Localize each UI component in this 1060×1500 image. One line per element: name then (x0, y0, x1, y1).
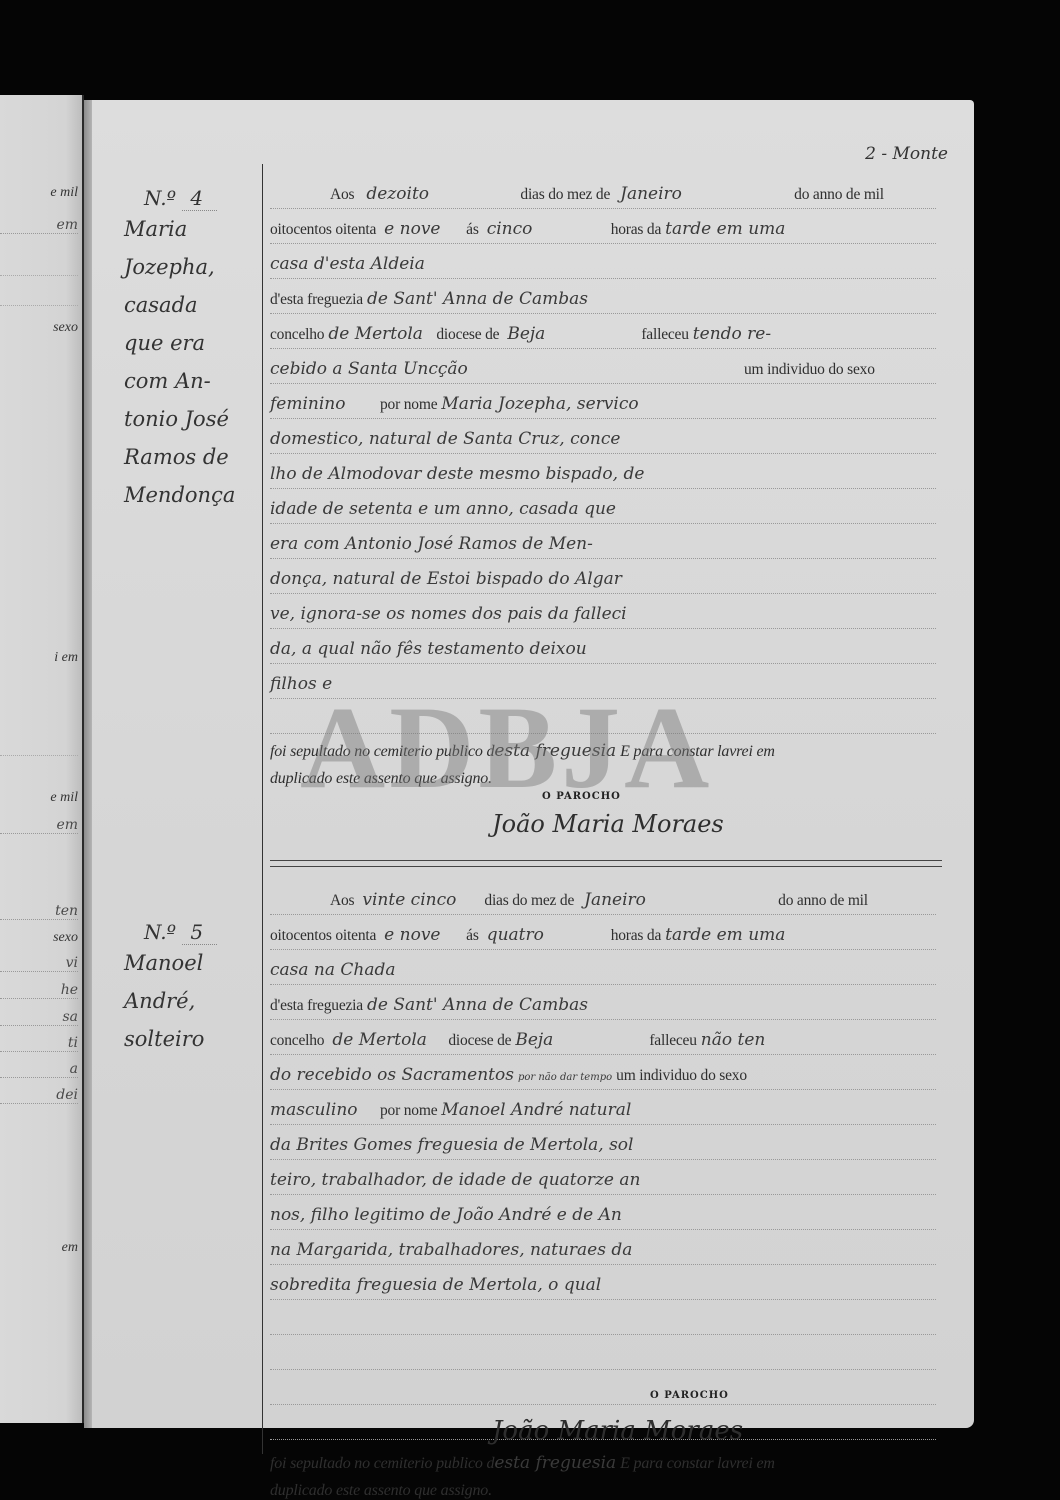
printed-text: d'esta freguezia (270, 997, 363, 1014)
entry-separator-rule (270, 860, 942, 867)
printed-text: do anno de mil (778, 892, 868, 909)
dotted-rule (0, 275, 78, 276)
handwritten-burial-place: esta freguesia (494, 1453, 616, 1473)
printed-text: concelho (270, 326, 324, 343)
printed-text: um individuo do sexo (616, 1067, 747, 1084)
printed-text: foi sepultado no cemiterio publico d (270, 1455, 494, 1472)
record-line (270, 1370, 936, 1405)
record-line: ve, ignora-se os nomes dos pais da falle… (270, 594, 936, 629)
handwritten-text: tendo re- (693, 324, 771, 344)
record-line: Aos vinte cinco dias do mez de Janeiro d… (270, 880, 936, 915)
printed-text: concelho (270, 1032, 324, 1049)
printed-text: diocese de (448, 1032, 511, 1049)
margin-note-line: Mendonça (112, 476, 262, 514)
record-line: filhos e (270, 664, 936, 699)
handwritten-month: Janeiro (614, 174, 790, 214)
entry-closing-text: foi sepultado no cemiterio publico desta… (270, 1448, 936, 1500)
handwritten-text: donça, natural de Estoi bispado do Algar (270, 569, 622, 589)
left-page-fragment: e mil (0, 790, 78, 806)
left-page-fragment: em (0, 217, 78, 234)
left-page-fragment: ti (0, 1035, 78, 1052)
record-line: masculino por nome Manoel André natural (270, 1090, 936, 1125)
record-line: era com Antonio José Ramos de Men- (270, 524, 936, 559)
printed-text: do anno de mil (794, 186, 884, 203)
margin-note-line: Ramos de (112, 438, 262, 476)
entry-number: N.º 5 (144, 920, 262, 944)
left-page-fragment: sexo (0, 930, 78, 946)
register-page: 2 - Monte N.º 4 Maria Jozepha, casada qu… (92, 100, 974, 1428)
printed-text: um individuo do sexo (744, 361, 875, 378)
handwritten-text: do recebido os Sacramentos (270, 1065, 514, 1085)
entry-margin-note: N.º 4 Maria Jozepha, casada que era com … (112, 186, 262, 514)
entry-number-label: N.º (144, 920, 176, 944)
handwritten-parish: de Sant' Anna de Cambas (367, 289, 588, 309)
handwritten-diocese: Beja (503, 314, 637, 354)
parish-priest-signature: João Maria Moraes (492, 810, 724, 838)
record-line (270, 1335, 936, 1370)
left-page-fragment: dei (0, 1087, 78, 1104)
dotted-rule (0, 755, 78, 756)
record-line: donça, natural de Estoi bispado do Algar (270, 559, 936, 594)
entry-number-value: 4 (182, 186, 217, 211)
printed-text: ás (466, 221, 479, 238)
printed-text: horas da (611, 927, 661, 944)
record-line: concelho de Mertola diocese de Beja fall… (270, 314, 936, 349)
entry-closing-text: foi sepultado no cemiterio publico desta… (270, 736, 936, 792)
closing-line: foi sepultado no cemiterio publico desta… (270, 1448, 936, 1478)
handwritten-text: filhos e (270, 674, 332, 694)
handwritten-day: vinte cinco (358, 880, 480, 920)
margin-note-line: Manoel (112, 944, 262, 982)
record-line: casa na Chada (270, 950, 936, 985)
margin-note-line: tonio José (112, 400, 262, 438)
handwritten-place: casa na Chada (270, 960, 396, 980)
printed-text: duplicado este assento que assigno. (270, 770, 492, 787)
handwritten-hour: cinco (483, 209, 607, 249)
record-line: oitocentos oitenta e nove ás cinco horas… (270, 209, 936, 244)
record-line: na Margarida, trabalhadores, naturaes da (270, 1230, 936, 1265)
record-line: d'esta freguezia de Sant' Anna de Cambas (270, 279, 936, 314)
entry-number: N.º 4 (144, 186, 262, 210)
record-line: Aos dezoito dias do mez de Janeiro do an… (270, 174, 936, 209)
handwritten-text: da, a qual não fês testamento deixou (270, 639, 587, 659)
handwritten-burial-place: esta freguesia (494, 741, 616, 761)
handwritten-hour: quatro (483, 915, 607, 955)
record-line: oitocentos oitenta e nove ás quatro hora… (270, 915, 936, 950)
left-page-fragment: vi (0, 955, 78, 972)
printed-text: oitocentos oitenta (270, 221, 376, 238)
printed-text: Aos (330, 186, 354, 203)
left-facing-page: e mil em sexo i em e mil em ten sexo vi … (0, 95, 84, 1423)
handwritten-year: e nove (380, 209, 462, 249)
record-line: concelho de Mertola diocese de Beja fall… (270, 1020, 936, 1055)
margin-note-line: com An- (112, 362, 262, 400)
handwritten-text: lho de Almodovar deste mesmo bispado, de (270, 464, 644, 484)
printed-text: falleceu (649, 1032, 696, 1049)
handwritten-year: e nove (380, 915, 462, 955)
record-line: teiro, trabalhador, de idade de quatorze… (270, 1160, 936, 1195)
left-page-fragment: em (0, 817, 78, 834)
dotted-rule (0, 305, 78, 306)
margin-line (262, 164, 263, 1454)
entry-number-value: 5 (182, 920, 217, 945)
parish-priest-signature: João Maria Moraes (492, 1416, 743, 1446)
margin-note-line: Jozepha, (112, 248, 262, 286)
left-page-fragment: he (0, 982, 78, 999)
entry-body: Aos dezoito dias do mez de Janeiro do an… (270, 174, 936, 792)
margin-note-line: André, (112, 982, 262, 1020)
record-line (270, 699, 936, 734)
handwritten-text: domestico, natural de Santa Cruz, conce (270, 429, 620, 449)
record-line: domestico, natural de Santa Cruz, conce (270, 419, 936, 454)
printed-text: diocese de (436, 326, 499, 343)
printed-text: E para constar lavrei em (620, 1455, 775, 1472)
left-page-fragment: i em (0, 650, 78, 666)
record-line: lho de Almodovar deste mesmo bispado, de (270, 454, 936, 489)
handwritten-text: idade de setenta e um anno, casada que (270, 499, 616, 519)
left-page-fragment: sa (0, 1009, 78, 1026)
handwritten-text: da Brites Gomes freguesia de Mertola, so… (270, 1135, 633, 1155)
printed-text: Aos (330, 892, 354, 909)
left-page-fragment: sexo (0, 320, 78, 336)
entry-body: Aos vinte cinco dias do mez de Janeiro d… (270, 880, 936, 1500)
handwritten-parish: de Sant' Anna de Cambas (367, 995, 588, 1015)
handwritten-day: dezoito (358, 174, 516, 214)
record-line: idade de setenta e um anno, casada que (270, 489, 936, 524)
handwritten-month: Janeiro (578, 880, 774, 920)
printed-text: E para constar lavrei em (620, 743, 775, 760)
handwritten-municipality: de Mertola (328, 314, 432, 354)
printed-text: dias do mez de (484, 892, 574, 909)
handwritten-name: Maria Jozepha, servico (441, 394, 638, 414)
record-line: da Brites Gomes freguesia de Mertola, so… (270, 1125, 936, 1160)
closing-line: duplicado este assento que assigno. (270, 1478, 936, 1500)
handwritten-annotation: por não dar tempo (518, 1072, 612, 1083)
handwritten-text: cebido a Santa Uncção (270, 349, 740, 389)
left-page-fragment: a (0, 1061, 78, 1078)
record-line: d'esta freguezia de Sant' Anna de Cambas (270, 985, 936, 1020)
handwritten-text: nos, filho legitimo de João André e de A… (270, 1205, 622, 1225)
printed-text: duplicado este assento que assigno. (270, 1482, 492, 1499)
handwritten-text: na Margarida, trabalhadores, naturaes da (270, 1240, 632, 1260)
signature-title: O PAROCHO (542, 791, 621, 802)
left-page-fragment: ten (0, 903, 78, 920)
record-line: nos, filho legitimo de João André e de A… (270, 1195, 936, 1230)
handwritten-text: sobredita freguesia de Mertola, o qual (270, 1275, 601, 1295)
record-line: da, a qual não fês testamento deixou (270, 629, 936, 664)
handwritten-text: não ten (701, 1030, 766, 1050)
page-reference: 2 - Monte (865, 144, 948, 164)
handwritten-diocese: Beja (515, 1020, 645, 1060)
printed-text: horas da (611, 221, 661, 238)
left-page-fragment: e mil (0, 185, 78, 201)
handwritten-name: Manoel André natural (441, 1100, 631, 1120)
entry-number-label: N.º (144, 186, 176, 210)
margin-note-line: Maria (112, 210, 262, 248)
printed-text: d'esta freguezia (270, 291, 363, 308)
printed-text: dias do mez de (520, 186, 610, 203)
printed-text: foi sepultado no cemiterio publico d (270, 743, 494, 760)
record-line: sobredita freguesia de Mertola, o qual (270, 1265, 936, 1300)
record-line (270, 1300, 936, 1335)
record-line: cebido a Santa Uncção um individuo do se… (270, 349, 936, 384)
closing-line: duplicado este assento que assigno. (270, 766, 936, 792)
handwritten-text: tarde em uma (665, 219, 785, 239)
signature-title: O PAROCHO (650, 1390, 729, 1401)
handwritten-text: era com Antonio José Ramos de Men- (270, 534, 593, 554)
margin-note-line: que era (112, 324, 262, 362)
printed-text: por nome (380, 396, 437, 413)
handwritten-sex: masculino (270, 1090, 376, 1130)
handwritten-text: tarde em uma (665, 925, 785, 945)
handwritten-text: teiro, trabalhador, de idade de quatorze… (270, 1170, 640, 1190)
printed-text: por nome (380, 1102, 437, 1119)
closing-line: foi sepultado no cemiterio publico desta… (270, 736, 936, 766)
printed-text: falleceu (641, 326, 688, 343)
entry-margin-note: N.º 5 Manoel André, solteiro (112, 920, 262, 1058)
handwritten-sex: feminino (270, 384, 376, 424)
margin-note-line: solteiro (112, 1020, 262, 1058)
printed-text: oitocentos oitenta (270, 927, 376, 944)
handwritten-place: casa d'esta Aldeia (270, 254, 425, 274)
margin-note-line: casada (112, 286, 262, 324)
left-page-fragment: em (0, 1240, 78, 1256)
printed-text: ás (466, 927, 479, 944)
record-line: do recebido os Sacramentos por não dar t… (270, 1055, 936, 1090)
handwritten-text: ve, ignora-se os nomes dos pais da falle… (270, 604, 627, 624)
record-line: casa d'esta Aldeia (270, 244, 936, 279)
handwritten-municipality: de Mertola (328, 1020, 444, 1060)
record-line: feminino por nome Maria Jozepha, servico (270, 384, 936, 419)
